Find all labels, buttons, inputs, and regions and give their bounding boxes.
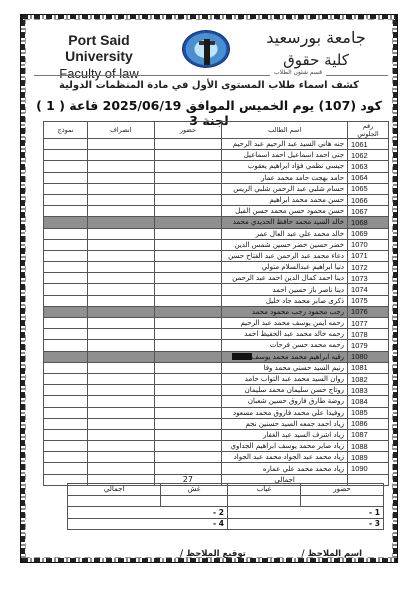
- departure-cell[interactable]: [88, 373, 155, 384]
- student-name-cell-text: رحمه ايمن يوسف محمد عبد الرحيم: [240, 319, 344, 327]
- model-cell[interactable]: [44, 183, 88, 194]
- student-name-cell-text: زياد محمد محمد علي عماره: [263, 465, 344, 473]
- seat-number-cell-text: 1078: [351, 330, 368, 339]
- seat-number-cell-text: 1074: [351, 285, 368, 294]
- table-row: 1074دينا ناصر باز حسين احمد: [44, 284, 389, 295]
- summary-header-row: حضور غياب غش اجمالي: [68, 484, 384, 496]
- seat-number-cell: 1065: [348, 183, 389, 194]
- table-row: 1076رجب محمود رجب محمود محمد: [44, 306, 389, 317]
- model-cell[interactable]: [44, 239, 88, 250]
- university-name-en: Port Said University: [34, 32, 164, 64]
- student-name-cell-text: زياد محمد عبد الجواد محمد عبد الجواد: [234, 453, 344, 461]
- model-cell[interactable]: [44, 206, 88, 217]
- attendance-cell[interactable]: [154, 441, 222, 452]
- decorative-border-right: [393, 20, 397, 558]
- departure-cell[interactable]: [88, 407, 155, 418]
- seat-number-cell: 1085: [348, 407, 389, 418]
- table-row: 1084روضة طارق فاروق حسين شعبان: [44, 396, 389, 407]
- departure-cell[interactable]: [88, 441, 155, 452]
- departure-cell[interactable]: [88, 351, 155, 362]
- student-name-cell-text: حامد بهجت حامد محمد عمار: [261, 174, 344, 182]
- departure-cell[interactable]: [88, 139, 155, 150]
- table-row: 1078رحمه خالد محمد عبد الحفيظ احمد: [44, 329, 389, 340]
- seat-number-cell: 1079: [348, 340, 389, 351]
- seat-number-cell-text: 1084: [351, 397, 368, 406]
- attendance-cell[interactable]: [154, 206, 222, 217]
- model-cell[interactable]: [44, 407, 88, 418]
- model-cell[interactable]: [44, 228, 88, 239]
- student-name-cell: خالد السيد محمد حافظ الحديدي محمد: [222, 217, 348, 228]
- student-name-cell: دنيا ابراهيم عبدالسلام متولي: [222, 262, 348, 273]
- seat-number-cell-text: 1065: [351, 184, 368, 193]
- attendance-cell[interactable]: [154, 306, 222, 317]
- seat-number-cell-text: 1079: [351, 341, 368, 350]
- student-name-cell: دعاء محمد عبد الرحمن عبد الفتاح حسن: [222, 250, 348, 261]
- departure-cell[interactable]: [88, 206, 155, 217]
- summary-cheating-value[interactable]: [161, 495, 228, 507]
- student-roster-table: رقم الجلوس اسم الطالب حضور انصراف نموذج …: [43, 121, 389, 486]
- summary-line-4: 4 -: [68, 518, 228, 530]
- model-cell[interactable]: [44, 139, 88, 150]
- summary-table: حضور غياب غش اجمالي 1 - 2 - 3 - 4 -: [67, 483, 384, 530]
- seat-number-cell-text: 1090: [351, 464, 368, 473]
- table-row: 1088زياد صابر محمد يوسف ابراهيم الجداوي: [44, 441, 389, 452]
- seat-number-cell: 1068: [348, 217, 389, 228]
- attendance-cell[interactable]: [154, 273, 222, 284]
- student-name-cell-text: دعاء محمد عبد الرحمن عبد الفتاح حسن: [228, 252, 344, 260]
- student-name-cell-text: جنى احمد اسماعيل احمد اسماعيل: [244, 151, 344, 159]
- attendance-cell[interactable]: [154, 295, 222, 306]
- student-name-cell: حسن محمد محمد ابراهيم: [222, 194, 348, 205]
- summary-line-row: 1 - 2 -: [68, 507, 384, 519]
- column-header-model: نموذج: [44, 122, 88, 139]
- model-cell[interactable]: [44, 306, 88, 317]
- student-name-cell: حسن محمود حسن محمد حسن الفيل: [222, 206, 348, 217]
- seat-number-cell: 1069: [348, 228, 389, 239]
- student-name-cell-text: خالد السيد محمد حافظ الحديدي محمد: [233, 218, 344, 226]
- student-name-cell-text: رنيم السيد حسني محمد وفا: [264, 364, 344, 372]
- header-arabic: جامعة بورسعيد كلية حقوق: [251, 28, 381, 69]
- seat-number-cell-text: 1062: [351, 151, 368, 160]
- column-header-seat-number: رقم الجلوس: [348, 122, 389, 139]
- seat-number-cell: 1072: [348, 262, 389, 273]
- table-row: 1089زياد محمد عبد الجواد محمد عبد الجواد: [44, 452, 389, 463]
- attendance-cell[interactable]: [154, 329, 222, 340]
- student-name-cell: روان السيد محمد عبد التواب حامد: [222, 373, 348, 384]
- seat-number-cell: 1074: [348, 284, 389, 295]
- student-name-cell-text: دينا احمد كمال الدين احمد عبد الرحمن: [232, 274, 344, 282]
- student-name-cell: رحمه محمد حسن فرحات: [222, 340, 348, 351]
- attendance-cell[interactable]: [154, 183, 222, 194]
- seat-number-cell: 1088: [348, 441, 389, 452]
- seat-number-cell: 1089: [348, 452, 389, 463]
- departure-cell[interactable]: [88, 362, 155, 373]
- summary-line-1: 1 -: [227, 507, 383, 519]
- model-cell[interactable]: [44, 295, 88, 306]
- table-row: 1066حسن محمد محمد ابراهيم: [44, 194, 389, 205]
- student-name-cell: رحمه خالد محمد عبد الحفيظ احمد: [222, 329, 348, 340]
- summary-line-3: 3 -: [227, 518, 383, 530]
- attendance-cell[interactable]: [154, 396, 222, 407]
- attendance-cell[interactable]: [154, 284, 222, 295]
- model-cell[interactable]: [44, 441, 88, 452]
- seat-number-cell: 1083: [348, 385, 389, 396]
- departure-cell[interactable]: [88, 217, 155, 228]
- student-name-cell-text: حسن محمود حسن محمد حسن الفيل: [235, 207, 344, 215]
- seat-number-cell: 1067: [348, 206, 389, 217]
- summary-total-value[interactable]: [68, 495, 161, 507]
- faculty-name-en: Faculty of law: [34, 66, 164, 81]
- table-row: 1069خالد محمد علي عبد العال عمر: [44, 228, 389, 239]
- model-cell[interactable]: [44, 284, 88, 295]
- student-name-cell: روضة طارق فاروق حسين شعبان: [222, 396, 348, 407]
- summary-header-attendance: حضور: [301, 484, 384, 496]
- student-name-cell-text: ذكرى صابر محمد جاد خليل: [266, 297, 344, 305]
- attendance-cell[interactable]: [154, 318, 222, 329]
- column-header-student-name: اسم الطالب: [222, 122, 348, 139]
- student-name-cell-text: خضر حسين خضر حسين شمس الدين: [235, 241, 345, 249]
- university-name-ar: جامعة بورسعيد: [251, 28, 381, 47]
- seat-number-cell: 1061: [348, 139, 389, 150]
- student-name-cell-text: رحمه خالد محمد عبد الحفيظ احمد: [244, 330, 344, 338]
- student-name-cell: خضر حسين خضر حسين شمس الدين: [222, 239, 348, 250]
- table-row: 1077رحمه ايمن يوسف محمد عبد الرحيم: [44, 318, 389, 329]
- table-row: 1070خضر حسين خضر حسين شمس الدين: [44, 239, 389, 250]
- seat-number-cell-text: 1086: [351, 419, 368, 428]
- departure-cell[interactable]: [88, 250, 155, 261]
- seat-number-cell: 1077: [348, 318, 389, 329]
- column-header-departure: انصراف: [88, 122, 155, 139]
- student-name-cell-text: حسن محمد محمد ابراهيم: [269, 196, 344, 204]
- departure-cell[interactable]: [88, 262, 155, 273]
- student-name-cell-text: رجب محمود رجب محمود محمد: [252, 308, 344, 316]
- summary-header-absence: غياب: [227, 484, 300, 496]
- departure-cell[interactable]: [88, 452, 155, 463]
- attendance-cell[interactable]: [154, 262, 222, 273]
- seat-number-cell: 1087: [348, 429, 389, 440]
- decorative-border-top: [22, 15, 396, 19]
- attendance-cell[interactable]: [154, 362, 222, 373]
- student-name-cell: حسام شلبي عبد الرحمن شلبي الريس: [222, 183, 348, 194]
- seat-number-cell-text: 1067: [351, 207, 368, 216]
- seat-number-cell-text: 1076: [351, 307, 368, 316]
- seat-number-cell-text: 1069: [351, 229, 368, 238]
- table-header-row: رقم الجلوس اسم الطالب حضور انصراف نموذج: [44, 122, 389, 139]
- table-row: 1080رقيه ابراهيم محمد محمد يوسف: [44, 351, 389, 362]
- table-row: 1071دعاء محمد عبد الرحمن عبد الفتاح حسن: [44, 250, 389, 261]
- model-cell[interactable]: [44, 340, 88, 351]
- attendance-cell[interactable]: [154, 150, 222, 161]
- student-name-cell-text: زياد صابر محمد يوسف ابراهيم الجداوي: [231, 442, 345, 450]
- attendance-cell[interactable]: [154, 418, 222, 429]
- summary-header-cheating: غش: [161, 484, 228, 496]
- seat-number-cell-text: 1068: [351, 218, 368, 227]
- departure-cell[interactable]: [88, 161, 155, 172]
- model-cell[interactable]: [44, 318, 88, 329]
- seat-number-cell: 1063: [348, 161, 389, 172]
- summary-line-row: 3 - 4 -: [68, 518, 384, 530]
- seat-number-cell-text: 1077: [351, 319, 368, 328]
- department-label: قسم شئون الطلاب: [270, 69, 326, 76]
- student-name-cell-text: رقيه ابراهيم محمد محمد يوسف: [252, 353, 344, 361]
- attendance-cell[interactable]: [154, 139, 222, 150]
- departure-cell[interactable]: [88, 306, 155, 317]
- student-name-cell-text: جيسي نظمي فؤاد ابراهيم يعقوب: [248, 162, 344, 170]
- student-name-cell: رقيه ابراهيم محمد محمد يوسف: [222, 351, 348, 362]
- student-name-cell: زياد محمد عبد الجواد محمد عبد الجواد: [222, 452, 348, 463]
- seat-number-cell-text: 1089: [351, 453, 368, 462]
- table-row: 1087زياد اشرف السيد عبد الغفار: [44, 429, 389, 440]
- model-cell[interactable]: [44, 385, 88, 396]
- seat-number-cell: 1062: [348, 150, 389, 161]
- departure-cell[interactable]: [88, 429, 155, 440]
- summary-attendance-value[interactable]: [301, 495, 384, 507]
- seat-number-cell-text: 1072: [351, 263, 368, 272]
- table-row: 1073دينا احمد كمال الدين احمد عبد الرحمن: [44, 273, 389, 284]
- seat-number-cell-text: 1088: [351, 442, 368, 451]
- departure-cell[interactable]: [88, 396, 155, 407]
- table-row: 1067حسن محمود حسن محمد حسن الفيل: [44, 206, 389, 217]
- attendance-cell[interactable]: [154, 250, 222, 261]
- seat-number-cell-text: 1066: [351, 196, 368, 205]
- attendance-cell[interactable]: [154, 373, 222, 384]
- model-cell[interactable]: [44, 217, 88, 228]
- observer-signature-label: توقيع الملاحظ /: [180, 549, 246, 559]
- student-name-cell-text: خالد محمد علي عبد العال عمر: [256, 230, 344, 238]
- summary-values-row: [68, 495, 384, 507]
- model-cell[interactable]: [44, 373, 88, 384]
- header-divider: [34, 75, 388, 76]
- seat-number-cell-text: 1083: [351, 386, 368, 395]
- seat-number-cell: 1075: [348, 295, 389, 306]
- table-row: 1063جيسي نظمي فؤاد ابراهيم يعقوب: [44, 161, 389, 172]
- attendance-cell[interactable]: [154, 194, 222, 205]
- departure-cell[interactable]: [88, 318, 155, 329]
- attendance-cell[interactable]: [154, 407, 222, 418]
- model-cell[interactable]: [44, 273, 88, 284]
- table-row: 1085روفيدا علي محمد فاروق محمد مسعود: [44, 407, 389, 418]
- student-name-cell: حامد بهجت حامد محمد عمار: [222, 172, 348, 183]
- model-cell[interactable]: [44, 262, 88, 273]
- table-row: 1064حامد بهجت حامد محمد عمار: [44, 172, 389, 183]
- observer-name-label: اسم الملاحظ /: [302, 549, 362, 559]
- student-name-cell-text: دنيا ابراهيم عبدالسلام متولي: [262, 263, 344, 271]
- attendance-cell[interactable]: [154, 385, 222, 396]
- student-name-cell: جيسي نظمي فؤاد ابراهيم يعقوب: [222, 161, 348, 172]
- model-cell[interactable]: [44, 429, 88, 440]
- student-name-cell-text: زياد احمد جمعه السيد حسنين نجم: [245, 420, 344, 428]
- seat-number-cell-text: 1085: [351, 408, 368, 417]
- attendance-cell[interactable]: [154, 340, 222, 351]
- seat-number-cell-text: 1081: [351, 363, 368, 372]
- departure-cell[interactable]: [88, 329, 155, 340]
- seat-number-cell: 1070: [348, 239, 389, 250]
- seat-number-cell-text: 1087: [351, 430, 368, 439]
- table-row: 1062جنى احمد اسماعيل احمد اسماعيل: [44, 150, 389, 161]
- departure-cell[interactable]: [88, 150, 155, 161]
- table-row: 1083روتاج حسن سليمان محمد سليمان: [44, 385, 389, 396]
- student-name-cell-text: حسام شلبي عبد الرحمن شلبي الريس: [233, 185, 344, 193]
- departure-cell[interactable]: [88, 463, 155, 474]
- summary-line-2: 2 -: [68, 507, 228, 519]
- header-english: Port Said University Faculty of law: [34, 32, 164, 81]
- table-row: 1065حسام شلبي عبد الرحمن شلبي الريس: [44, 183, 389, 194]
- model-cell[interactable]: [44, 194, 88, 205]
- model-cell[interactable]: [44, 250, 88, 261]
- seat-number-cell: 1080: [348, 351, 389, 362]
- table-row: 1081رنيم السيد حسني محمد وفا: [44, 362, 389, 373]
- departure-cell[interactable]: [88, 273, 155, 284]
- model-cell[interactable]: [44, 463, 88, 474]
- student-name-cell-text: جنه هاني السيد عبد الرحيم عبد الرحيم: [233, 140, 344, 148]
- departure-cell[interactable]: [88, 228, 155, 239]
- student-name-cell: زياد احمد جمعه السيد حسنين نجم: [222, 418, 348, 429]
- student-name-cell: روفيدا علي محمد فاروق محمد مسعود: [222, 407, 348, 418]
- decorative-border-left: [21, 20, 25, 558]
- student-name-cell-text: رحمه محمد حسن فرحات: [270, 341, 344, 349]
- departure-cell[interactable]: [88, 340, 155, 351]
- departure-cell[interactable]: [88, 194, 155, 205]
- table-row: 1072دنيا ابراهيم عبدالسلام متولي: [44, 262, 389, 273]
- table-row: 1079رحمه محمد حسن فرحات: [44, 340, 389, 351]
- departure-cell[interactable]: [88, 183, 155, 194]
- seat-number-cell-text: 1082: [351, 375, 368, 384]
- model-cell[interactable]: [44, 396, 88, 407]
- departure-cell[interactable]: [88, 172, 155, 183]
- column-header-attendance: حضور: [154, 122, 222, 139]
- attendance-cell[interactable]: [154, 228, 222, 239]
- model-cell[interactable]: [44, 351, 88, 362]
- logo-tower: [204, 39, 210, 65]
- seat-number-cell: 1073: [348, 273, 389, 284]
- seat-number-cell-text: 1070: [351, 240, 368, 249]
- attendance-cell[interactable]: [154, 217, 222, 228]
- model-cell[interactable]: [44, 150, 88, 161]
- seat-number-cell-text: 1073: [351, 274, 368, 283]
- table-row: 1068خالد السيد محمد حافظ الحديدي محمد: [44, 217, 389, 228]
- departure-cell[interactable]: [88, 239, 155, 250]
- student-name-cell-text: دينا ناصر باز حسين احمد: [272, 286, 344, 294]
- faculty-name-ar: كلية حقوق: [251, 51, 381, 69]
- seat-number-cell: 1090: [348, 463, 389, 474]
- seat-number-cell: 1086: [348, 418, 389, 429]
- student-name-cell: زياد صابر محمد يوسف ابراهيم الجداوي: [222, 441, 348, 452]
- student-name-cell: رنيم السيد حسني محمد وفا: [222, 362, 348, 373]
- document-title: كشف اسماء طلاب المستوى الأول في مادة الم…: [34, 80, 384, 91]
- model-cell[interactable]: [44, 418, 88, 429]
- student-name-cell-text: روفيدا علي محمد فاروق محمد مسعود: [233, 409, 344, 417]
- student-name-cell: دينا احمد كمال الدين احمد عبد الرحمن: [222, 273, 348, 284]
- university-seal-lighthouse-icon: [182, 30, 230, 68]
- departure-cell[interactable]: [88, 295, 155, 306]
- departure-cell[interactable]: [88, 284, 155, 295]
- departure-cell[interactable]: [88, 418, 155, 429]
- student-name-cell: زياد اشرف السيد عبد الغفار: [222, 429, 348, 440]
- seat-number-cell: 1081: [348, 362, 389, 373]
- attendance-cell[interactable]: [154, 429, 222, 440]
- student-name-cell-text: روان السيد محمد عبد التواب حامد: [245, 375, 344, 383]
- model-cell[interactable]: [44, 362, 88, 373]
- roster-body: 1061جنه هاني السيد عبد الرحيم عبد الرحيم…: [44, 139, 389, 475]
- attendance-cell[interactable]: [154, 239, 222, 250]
- seat-number-cell: 1076: [348, 306, 389, 317]
- student-name-cell: رجب محمود رجب محمود محمد: [222, 306, 348, 317]
- attendance-cell[interactable]: [154, 161, 222, 172]
- redaction-block: [232, 353, 252, 360]
- seat-number-cell: 1064: [348, 172, 389, 183]
- student-name-cell-text: روضة طارق فاروق حسين شعبان: [248, 397, 344, 405]
- model-cell[interactable]: [44, 329, 88, 340]
- seat-number-cell: 1078: [348, 329, 389, 340]
- model-cell[interactable]: [44, 172, 88, 183]
- model-cell[interactable]: [44, 161, 88, 172]
- student-name-cell: دينا ناصر باز حسين احمد: [222, 284, 348, 295]
- seat-number-cell-text: 1063: [351, 162, 368, 171]
- seat-number-cell-text: 1080: [351, 352, 368, 361]
- summary-header-total: اجمالي: [68, 484, 161, 496]
- table-row: 1061جنه هاني السيد عبد الرحيم عبد الرحيم: [44, 139, 389, 150]
- table-row: 1082روان السيد محمد عبد التواب حامد: [44, 373, 389, 384]
- student-name-cell-text: روتاج حسن سليمان محمد سليمان: [245, 386, 344, 394]
- table-row: 1090زياد محمد محمد علي عماره: [44, 463, 389, 474]
- student-name-cell: ذكرى صابر محمد جاد خليل: [222, 295, 348, 306]
- attendance-cell[interactable]: [154, 463, 222, 474]
- seat-number-cell: 1066: [348, 194, 389, 205]
- student-name-cell: خالد محمد علي عبد العال عمر: [222, 228, 348, 239]
- seat-number-cell-text: 1061: [351, 140, 368, 149]
- student-name-cell: زياد محمد محمد علي عماره: [222, 463, 348, 474]
- student-name-cell: جنه هاني السيد عبد الرحيم عبد الرحيم: [222, 139, 348, 150]
- seat-number-cell-text: 1064: [351, 173, 368, 182]
- student-name-cell: جنى احمد اسماعيل احمد اسماعيل: [222, 150, 348, 161]
- seat-number-cell: 1082: [348, 373, 389, 384]
- table-row: 1075ذكرى صابر محمد جاد خليل: [44, 295, 389, 306]
- seat-number-cell: 1071: [348, 250, 389, 261]
- model-cell[interactable]: [44, 452, 88, 463]
- student-name-cell: روتاج حسن سليمان محمد سليمان: [222, 385, 348, 396]
- summary-absence-value[interactable]: [227, 495, 300, 507]
- attendance-cell[interactable]: [154, 351, 222, 362]
- student-name-cell-text: زياد اشرف السيد عبد الغفار: [263, 431, 344, 439]
- departure-cell[interactable]: [88, 385, 155, 396]
- student-name-cell: رحمه ايمن يوسف محمد عبد الرحيم: [222, 318, 348, 329]
- seat-number-cell-text: 1071: [351, 251, 368, 260]
- seat-number-cell: 1084: [348, 396, 389, 407]
- table-row: 1086زياد احمد جمعه السيد حسنين نجم: [44, 418, 389, 429]
- attendance-cell[interactable]: [154, 452, 222, 463]
- attendance-cell[interactable]: [154, 172, 222, 183]
- seat-number-cell-text: 1075: [351, 296, 368, 305]
